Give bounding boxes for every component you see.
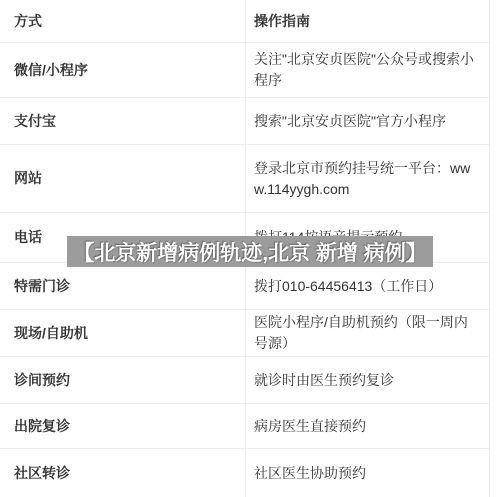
guide-cell: 社区医生协助预约	[246, 449, 489, 497]
guide-cell: 登录北京市预约挂号统一平台：www.114yygh.com	[246, 145, 489, 212]
method-cell: 微信/小程序	[0, 43, 246, 97]
table-row-in-clinic-booking: 诊间预约 就诊时由医生预约复诊	[0, 357, 489, 404]
table-row-wechat-miniprogram: 微信/小程序 关注"北京安贞医院"公众号或搜索小程序	[0, 43, 489, 98]
watermark-overlay: 【北京新增病例轨迹,北京 新增 病例】	[67, 236, 433, 267]
header-guide-column: 操作指南	[246, 0, 489, 42]
method-cell: 出院复诊	[0, 404, 246, 448]
guide-cell: 医院小程序/自助机预约（限一周内号源）	[246, 310, 489, 356]
table-row-onsite-kiosk: 现场/自助机 医院小程序/自助机预约（限一周内号源）	[0, 310, 489, 357]
method-cell: 支付宝	[0, 98, 246, 144]
method-cell: 社区转诊	[0, 449, 246, 497]
guide-cell: 就诊时由医生预约复诊	[246, 357, 489, 403]
header-method-column: 方式	[0, 0, 246, 42]
method-cell: 现场/自助机	[0, 310, 246, 356]
table-header-row: 方式 操作指南	[0, 0, 489, 43]
guide-cell: 搜索"北京安贞医院"官方小程序	[246, 98, 489, 144]
table-row-community-referral: 社区转诊 社区医生协助预约	[0, 449, 489, 497]
method-cell: 网站	[0, 145, 246, 212]
method-cell: 特需门诊	[0, 263, 246, 309]
table-row-alipay: 支付宝 搜索"北京安贞医院"官方小程序	[0, 98, 489, 145]
guide-cell: 关注"北京安贞医院"公众号或搜索小程序	[246, 43, 489, 97]
table-row-website: 网站 登录北京市预约挂号统一平台：www.114yygh.com	[0, 145, 489, 213]
guide-cell: 拨打010-64456413（工作日）	[246, 263, 489, 309]
table-row-discharge-followup: 出院复诊 病房医生直接预约	[0, 404, 489, 449]
page: 方式 操作指南 微信/小程序 关注"北京安贞医院"公众号或搜索小程序 支付宝 搜…	[0, 0, 500, 497]
table-row-special-clinic: 特需门诊 拨打010-64456413（工作日）	[0, 263, 489, 310]
guide-cell: 病房医生直接预约	[246, 404, 489, 448]
method-cell: 诊间预约	[0, 357, 246, 403]
